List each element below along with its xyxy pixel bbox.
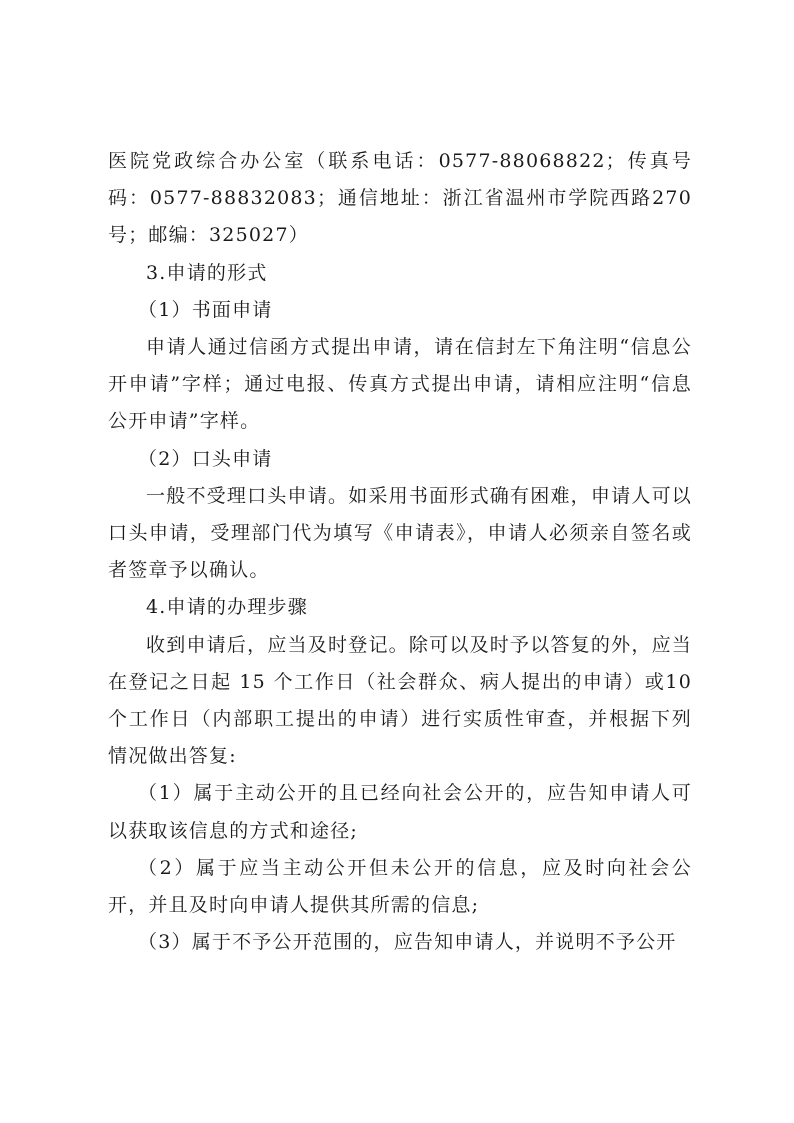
- document-page: 医院党政综合办公室（联系电话：0577-88068822；传真号码：0577-8…: [108, 143, 692, 961]
- written-application-paragraph: 申请人通过信函方式提出申请，请在信封左下角注明“信息公开申请”字样；通过电报、传…: [108, 329, 692, 441]
- reply-case-2-paragraph: （2）属于应当主动公开但未公开的信息，应及时向社会公开，并且及时向申请人提供其所…: [108, 850, 692, 924]
- processing-steps-paragraph: 收到申请后，应当及时登记。除可以及时予以答复的外，应当在登记之日起 15 个工作…: [108, 627, 692, 776]
- sub-heading-written-application: （1）书面申请: [108, 292, 692, 329]
- oral-application-paragraph: 一般不受理口头申请。如采用书面形式确有困难，申请人可以口头申请，受理部门代为填写…: [108, 478, 692, 590]
- reply-case-3-paragraph: （3）属于不予公开范围的，应告知申请人，并说明不予公开: [108, 924, 692, 961]
- sub-heading-oral-application: （2）口头申请: [108, 441, 692, 478]
- contact-info-paragraph: 医院党政综合办公室（联系电话：0577-88068822；传真号码：0577-8…: [108, 143, 692, 255]
- section-heading-application-form: 3.申请的形式: [108, 255, 692, 292]
- section-heading-processing-steps: 4.申请的办理步骤: [108, 589, 692, 626]
- reply-case-1-paragraph: （1）属于主动公开的且已经向社会公开的，应告知申请人可以获取该信息的方式和途径;: [108, 775, 692, 849]
